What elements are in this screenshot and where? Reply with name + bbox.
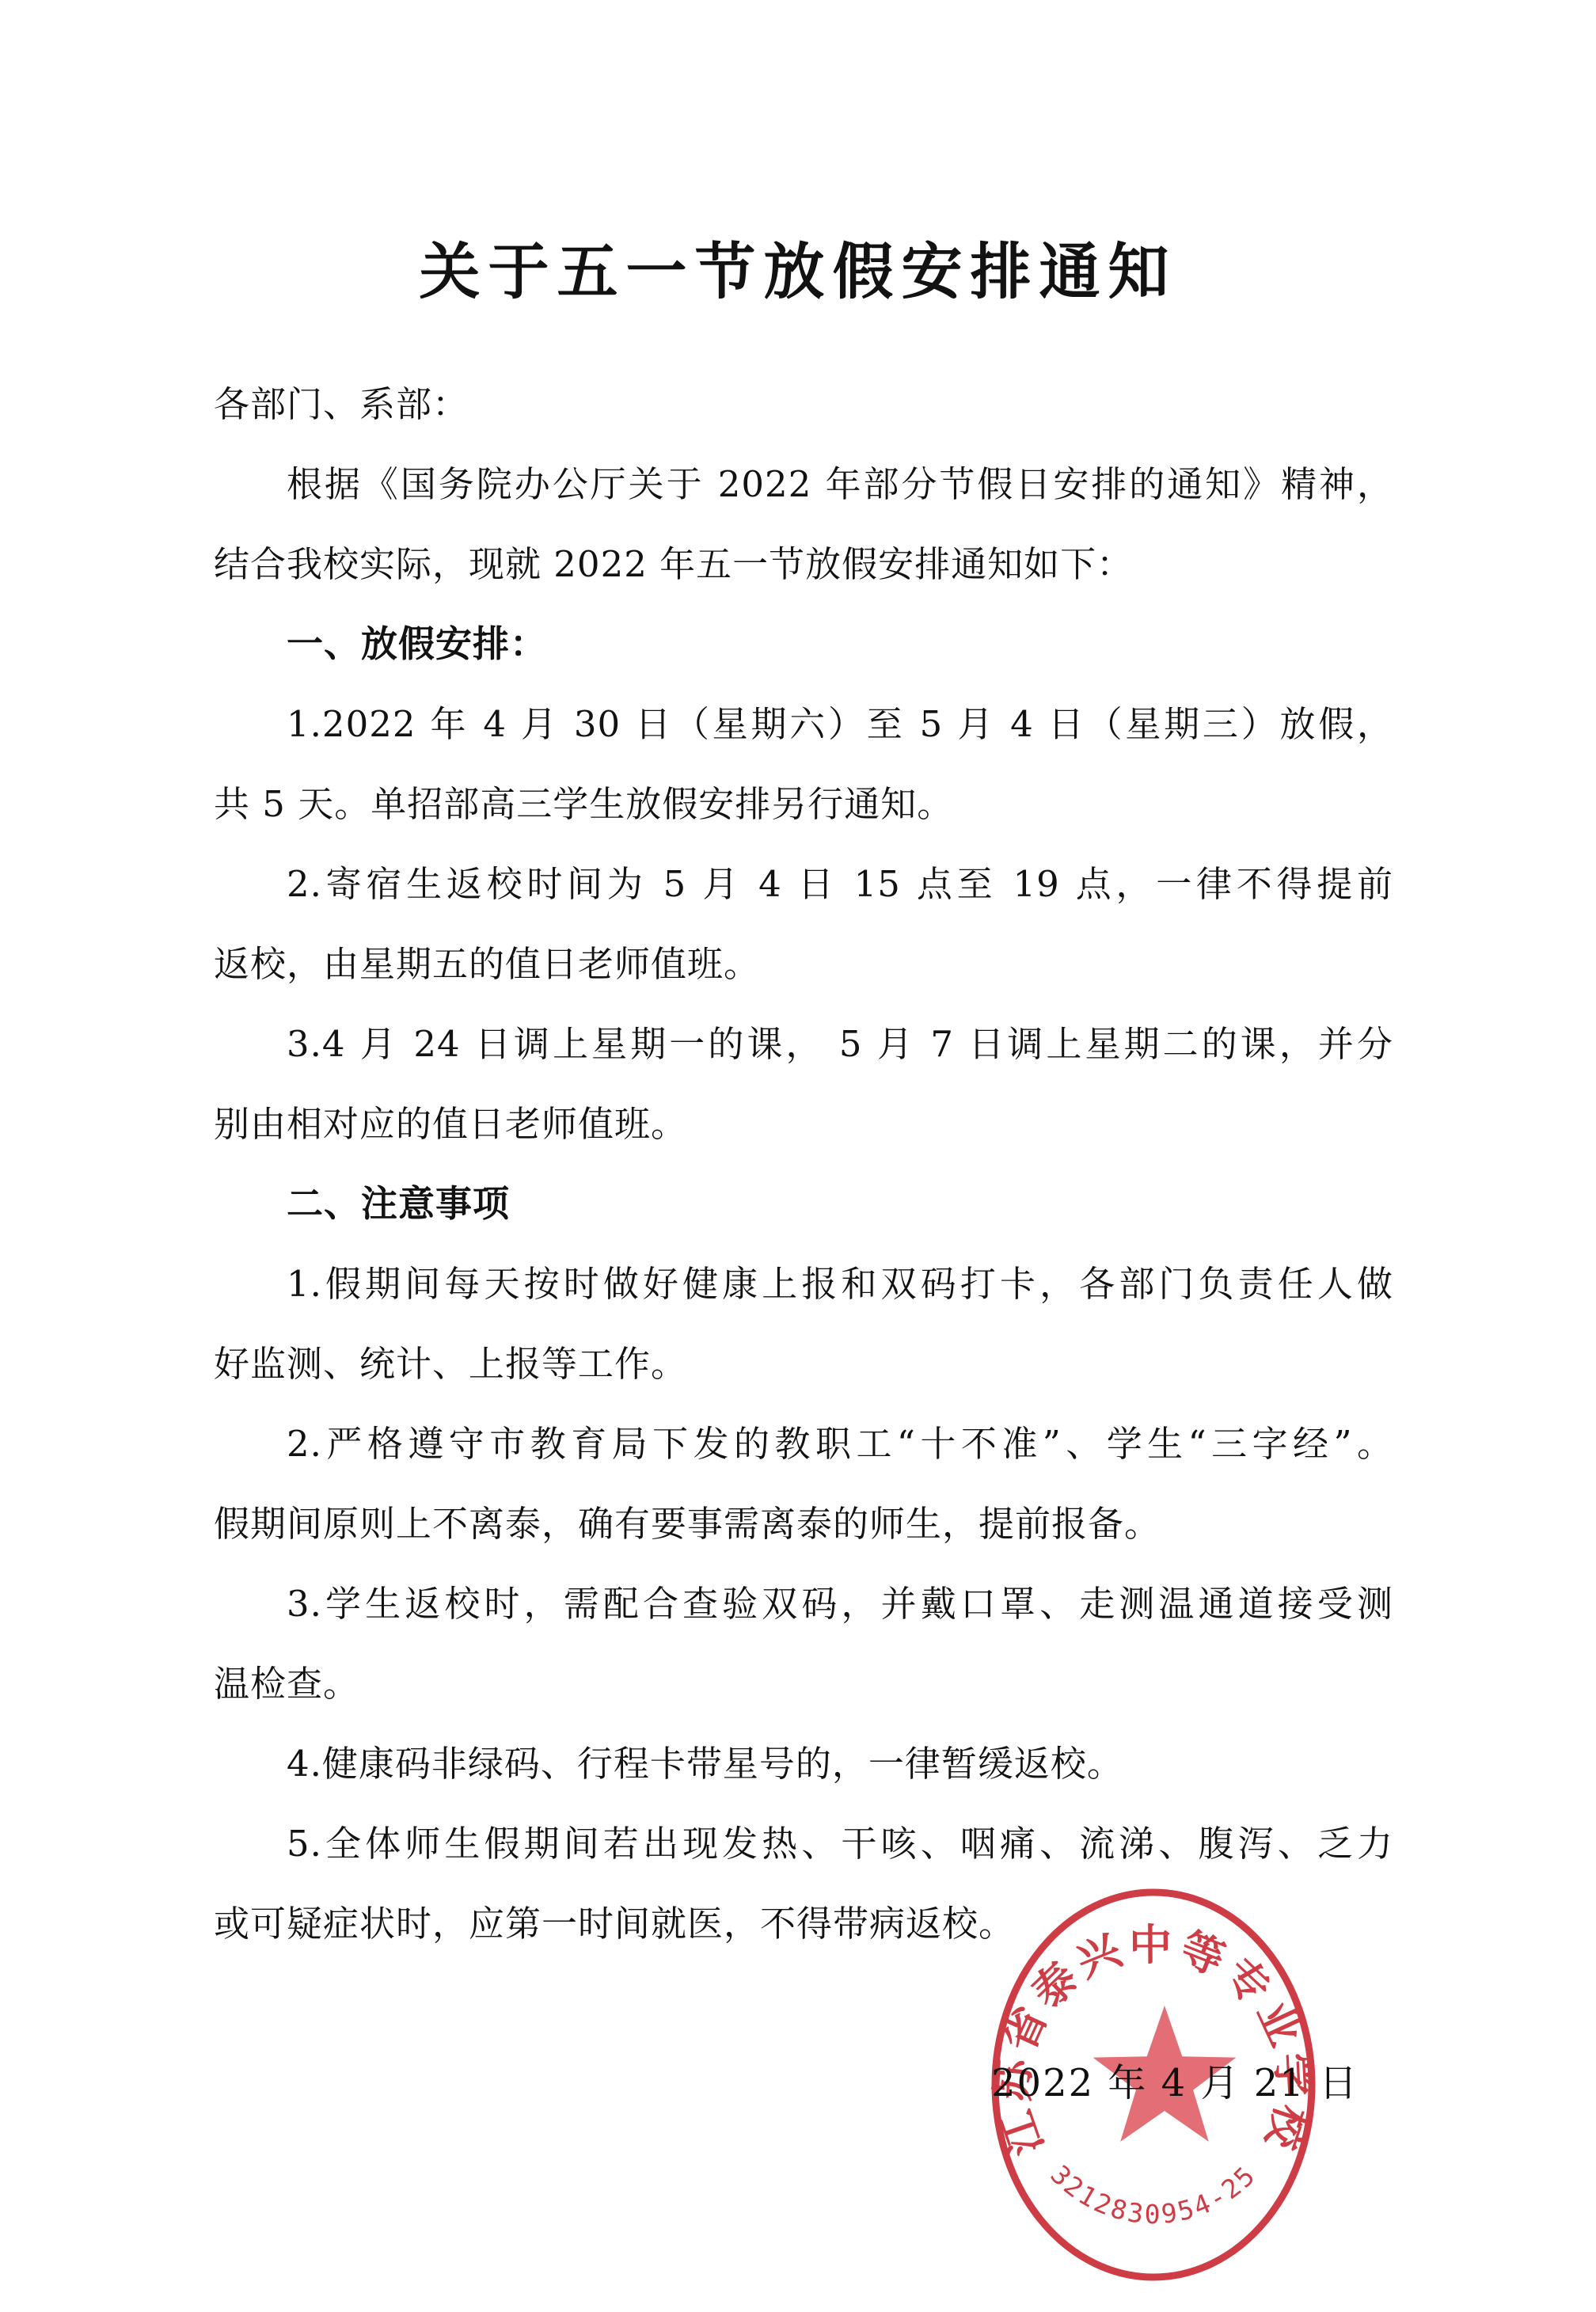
text-line: 3.学生返校时，需配合查验双码，并戴口罩、走测温通道接受测 bbox=[214, 1564, 1393, 1644]
text-line: 5.全体师生假期间若出现发热、干咳、咽痛、流涕、腹泻、乏力 bbox=[214, 1804, 1393, 1884]
text-line: 别由相对应的值日老师值班。 bbox=[214, 1084, 1393, 1164]
text-line: 温检查。 bbox=[214, 1644, 1393, 1724]
svg-text:3212830954-25: 3212830954-25 bbox=[1045, 2159, 1263, 2230]
text-line: 1.2022 年 4 月 30 日（星期六）至 5 月 4 日（星期三）放假， bbox=[214, 684, 1393, 764]
section-heading: 二、注意事项 bbox=[214, 1164, 1393, 1244]
document-page: 关于五一节放假安排通知 各部门、系部： 根据《国务院办公厅关于 2022 年部分… bbox=[0, 0, 1596, 2312]
page-title: 关于五一节放假安排通知 bbox=[0, 223, 1596, 311]
text-line: 好监测、统计、上报等工作。 bbox=[214, 1324, 1393, 1404]
issue-date: 2022 年 4 月 21 日 bbox=[991, 2052, 1358, 2107]
text-line: 3.4 月 24 日调上星期一的课， 5 月 7 日调上星期二的课，并分 bbox=[214, 1004, 1393, 1084]
text-line: 结合我校实际，现就 2022 年五一节放假安排通知如下： bbox=[214, 524, 1393, 604]
text-line: 2.寄宿生返校时间为 5 月 4 日 15 点至 19 点，一律不得提前 bbox=[214, 844, 1393, 924]
section-heading: 一、放假安排： bbox=[214, 604, 1393, 684]
document-body: 各部门、系部： 根据《国务院办公厅关于 2022 年部分节假日安排的通知》精神，… bbox=[214, 364, 1393, 1964]
text-line: 各部门、系部： bbox=[214, 364, 1393, 444]
text-line: 4.健康码非绿码、行程卡带星号的，一律暂缓返校。 bbox=[214, 1724, 1393, 1804]
text-line: 假期间原则上不离泰，确有要事需离泰的师生，提前报备。 bbox=[214, 1484, 1393, 1564]
seal-serial-text: 3212830954-25 bbox=[1045, 2159, 1263, 2230]
text-line: 2.严格遵守市教育局下发的教职工“十不准”、学生“三字经”。 bbox=[214, 1404, 1393, 1484]
text-line: 1.假期间每天按时做好健康上报和双码打卡，各部门负责任人做 bbox=[214, 1244, 1393, 1324]
text-line: 共 5 天。单招部高三学生放假安排另行通知。 bbox=[214, 764, 1393, 844]
text-line: 根据《国务院办公厅关于 2022 年部分节假日安排的通知》精神， bbox=[214, 444, 1393, 524]
text-line: 返校，由星期五的值日老师值班。 bbox=[214, 924, 1393, 1004]
